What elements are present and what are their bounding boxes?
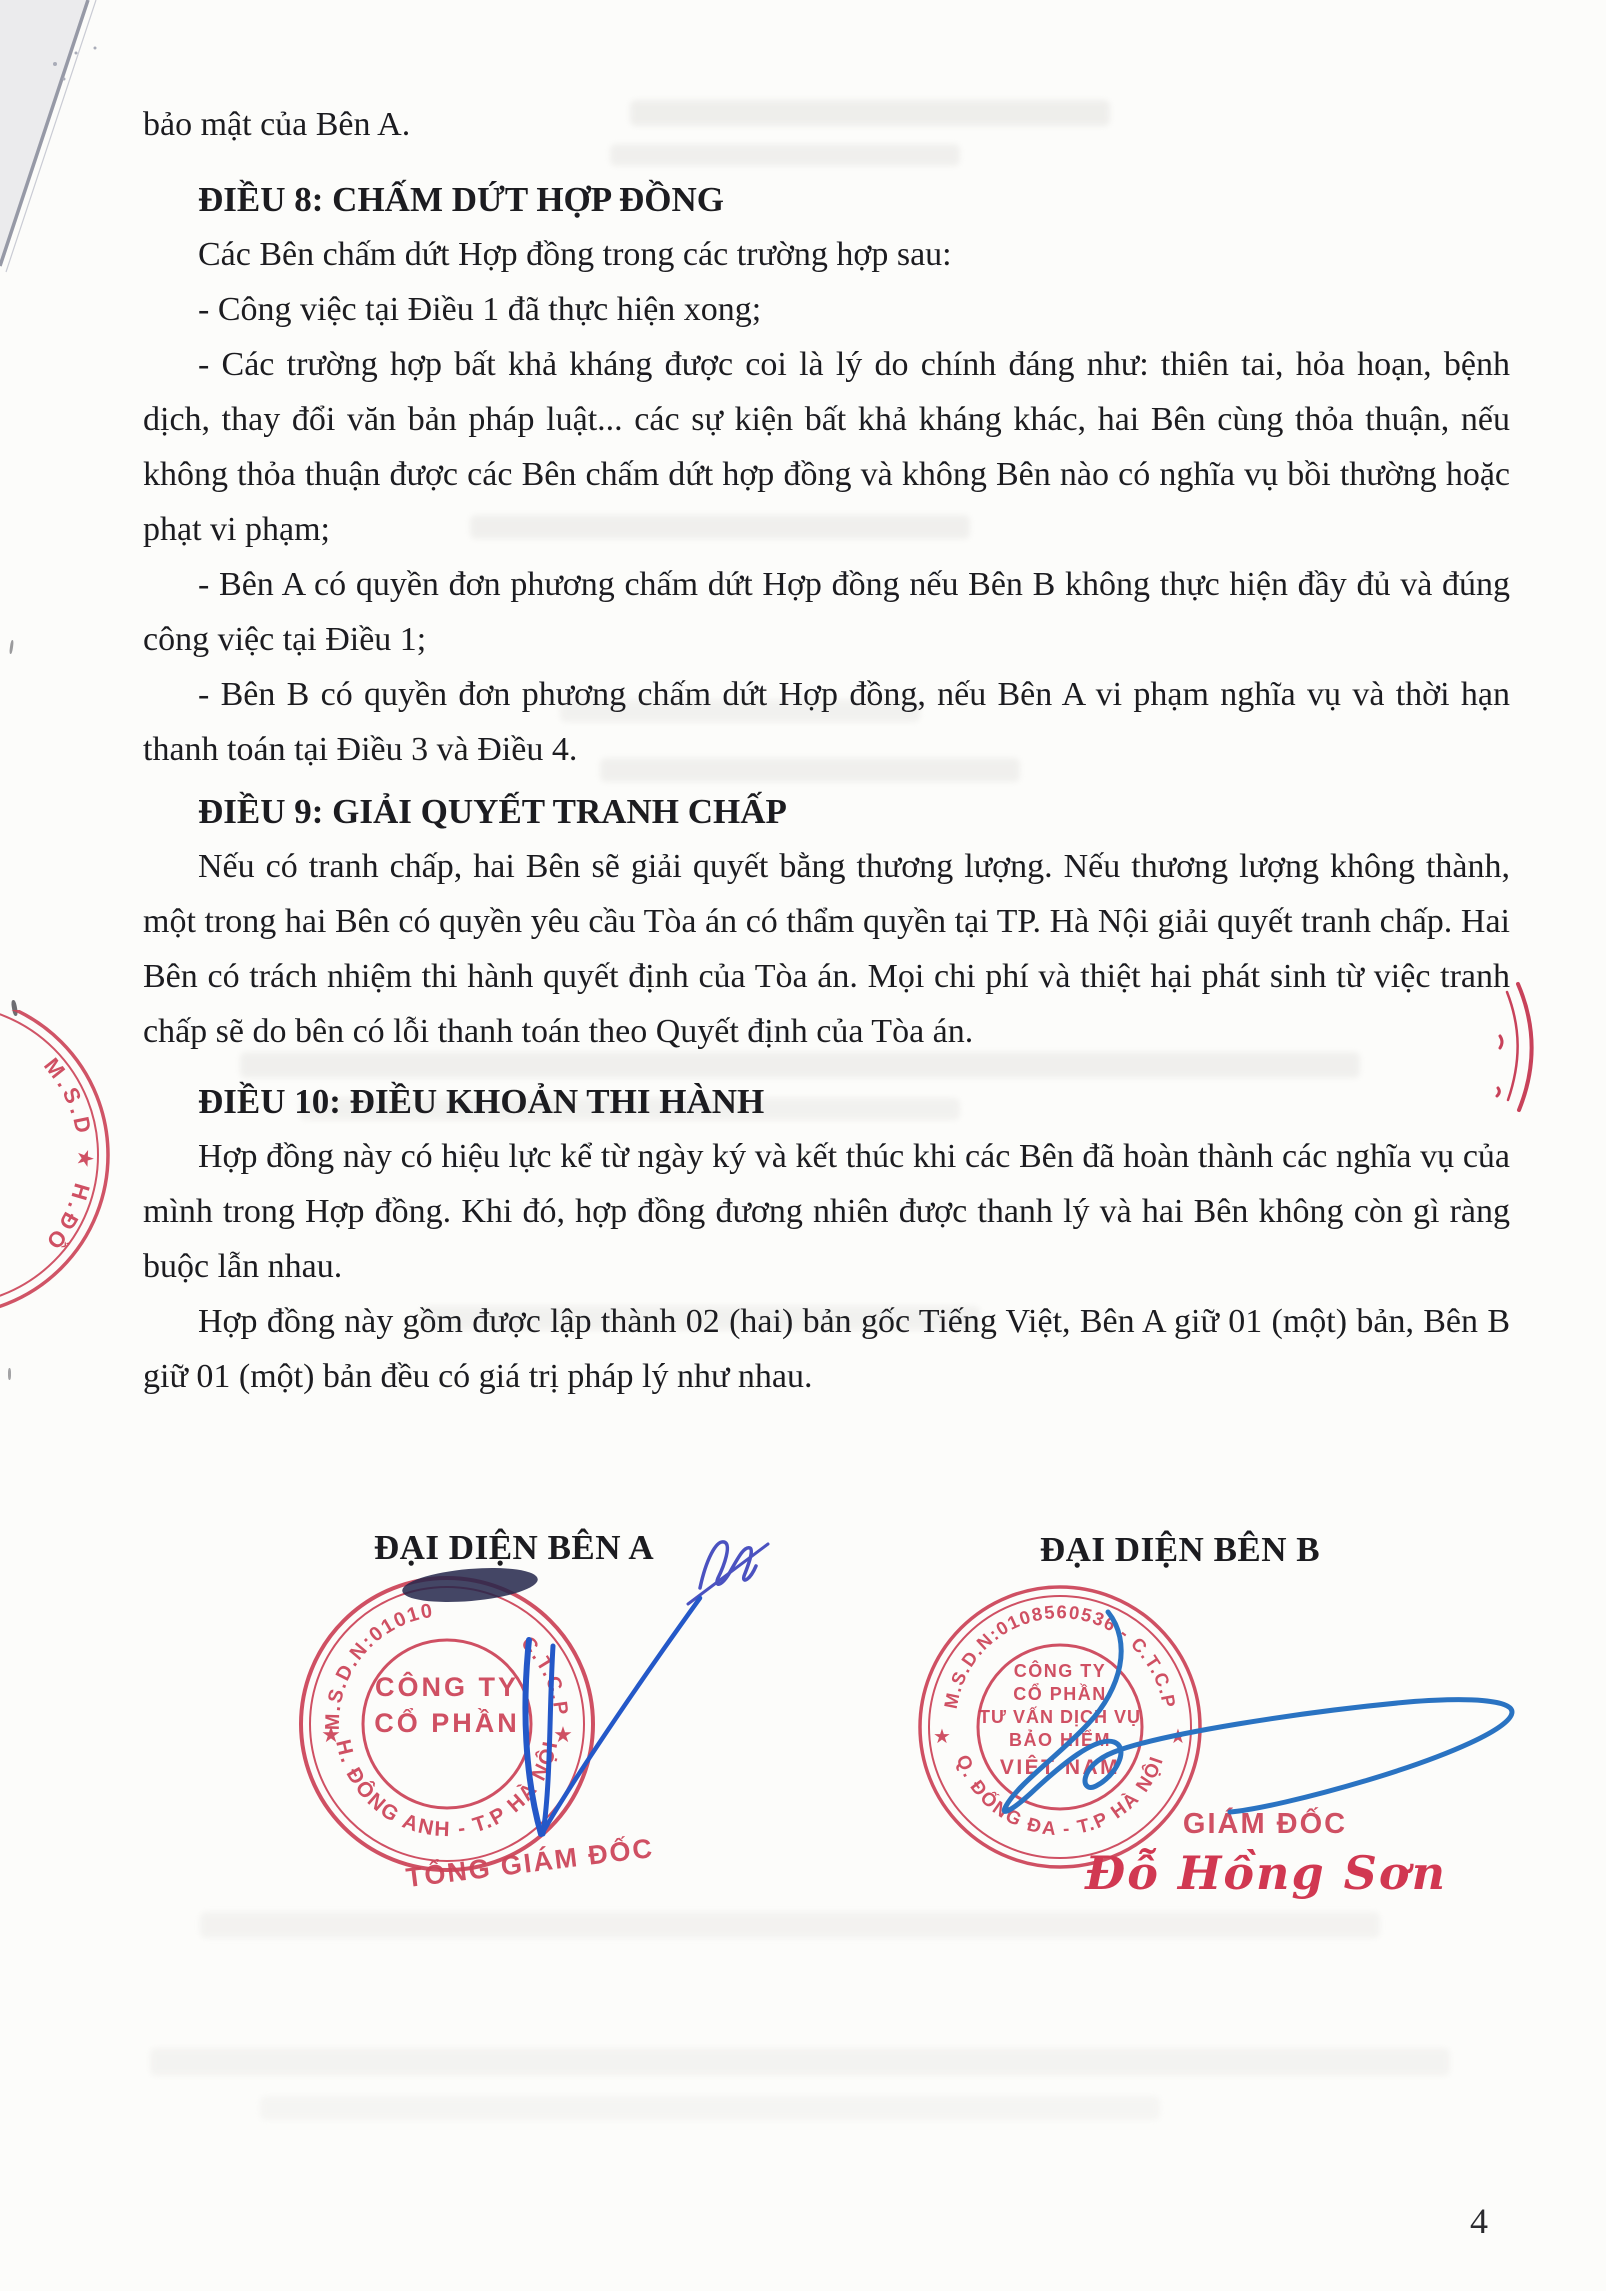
ghost-text-artifact: [260, 2096, 1160, 2120]
corner-shadow: [0, 0, 88, 266]
clause-paragraph: Nếu có tranh chấp, hai Bên sẽ giải quyết…: [143, 839, 1510, 1059]
page-edge-line: [0, 0, 88, 266]
clause-paragraph: Các Bên chấm dứt Hợp đồng trong các trườ…: [143, 227, 1510, 282]
section-dieu-9: ĐIỀU 9: GIẢI QUYẾT TRANH CHẤP Nếu có tra…: [143, 784, 1510, 1059]
scan-specks: [53, 47, 97, 81]
stamp-company-line: BẢO HIỂM: [1009, 1729, 1111, 1750]
party-a-initials-signature: [688, 1542, 768, 1604]
clause-paragraph: - Công việc tại Điều 1 đã thực hiện xong…: [143, 282, 1510, 337]
page-number: 4: [1470, 2200, 1488, 2242]
clause-paragraph: - Bên A có quyền đơn phương chấm dứt Hợp…: [143, 557, 1510, 667]
page-edge-line-faint: [6, 0, 96, 272]
ghost-text-artifact: [200, 1912, 1380, 1938]
contract-text-column: bảo mật của Bên A. ĐIỀU 8: CHẤM DỨT HỢP …: [143, 0, 1510, 1404]
stamp-right-arc-text: C.T.C.P: [516, 1632, 571, 1718]
scan-speck: [9, 640, 14, 654]
stamp-company-line: CỔ PHẦN: [374, 1707, 520, 1738]
scan-speck: [8, 1368, 11, 1380]
section-heading-dieu-10: ĐIỀU 10: ĐIỀU KHOẢN THI HÀNH: [143, 1074, 1510, 1129]
clause-paragraph: Hợp đồng này gồm được lập thành 02 (hai)…: [143, 1294, 1510, 1404]
stamp-company-line: CÔNG TY: [1014, 1660, 1107, 1681]
stamp-bottom-arc-text: H. ĐÔNG ANH - T.P HÀ NỘI: [331, 1737, 562, 1841]
star-icon: ★: [933, 1726, 951, 1748]
margin-overlap-stamp: M.S.D ★ H.ĐỒ: [0, 1010, 140, 1310]
stamp-company-line: VIỆT NAM: [1000, 1755, 1120, 1779]
star-icon: ★: [1169, 1726, 1187, 1748]
star-icon: ★: [553, 1722, 573, 1747]
party-b-signer-name: Đỗ Hồng Sơn: [1085, 1846, 1375, 1900]
clause-paragraph: Hợp đồng này có hiệu lực kể từ ngày ký v…: [143, 1129, 1510, 1294]
clause-paragraph: - Các trường hợp bất khả kháng được coi …: [143, 337, 1510, 557]
ghost-text-artifact: [150, 2048, 1450, 2076]
section-dieu-8: ĐIỀU 8: CHẤM DỨT HỢP ĐỒNG Các Bên chấm d…: [143, 172, 1510, 777]
party-b-role-label: GIÁM ĐỐC: [1165, 1808, 1365, 1841]
star-icon: ★: [321, 1722, 341, 1747]
company-stamp-party-a: M.S.D.N:01010 C.T.C.P H. ĐÔNG ANH - T.P …: [297, 1574, 597, 1874]
clause-paragraph: - Bên B có quyền đơn phương chấm dứt Hợp…: [143, 667, 1510, 777]
stamp-company-line: TƯ VẤN DỊCH VỤ: [979, 1706, 1141, 1727]
stamp-company-line: CÔNG TY: [375, 1671, 519, 1702]
scan-corner-fold: [0, 0, 130, 290]
section-heading-dieu-8: ĐIỀU 8: CHẤM DỨT HỢP ĐỒNG: [143, 172, 1510, 227]
section-dieu-10: ĐIỀU 10: ĐIỀU KHOẢN THI HÀNH Hợp đồng nà…: [143, 1074, 1510, 1404]
section-heading-dieu-9: ĐIỀU 9: GIẢI QUYẾT TRANH CHẤP: [143, 784, 1510, 839]
party-a-title: ĐẠI DIỆN BÊN A: [330, 1528, 698, 1568]
party-b-title: ĐẠI DIỆN BÊN B: [1030, 1530, 1330, 1570]
red-paren-mark: [1518, 984, 1532, 1110]
stamp-company-line: CỔ PHẦN: [1013, 1683, 1107, 1704]
continuation-line: bảo mật của Bên A.: [143, 97, 1510, 152]
scanned-contract-page: bảo mật của Bên A. ĐIỀU 8: CHẤM DỨT HỢP …: [0, 0, 1606, 2291]
